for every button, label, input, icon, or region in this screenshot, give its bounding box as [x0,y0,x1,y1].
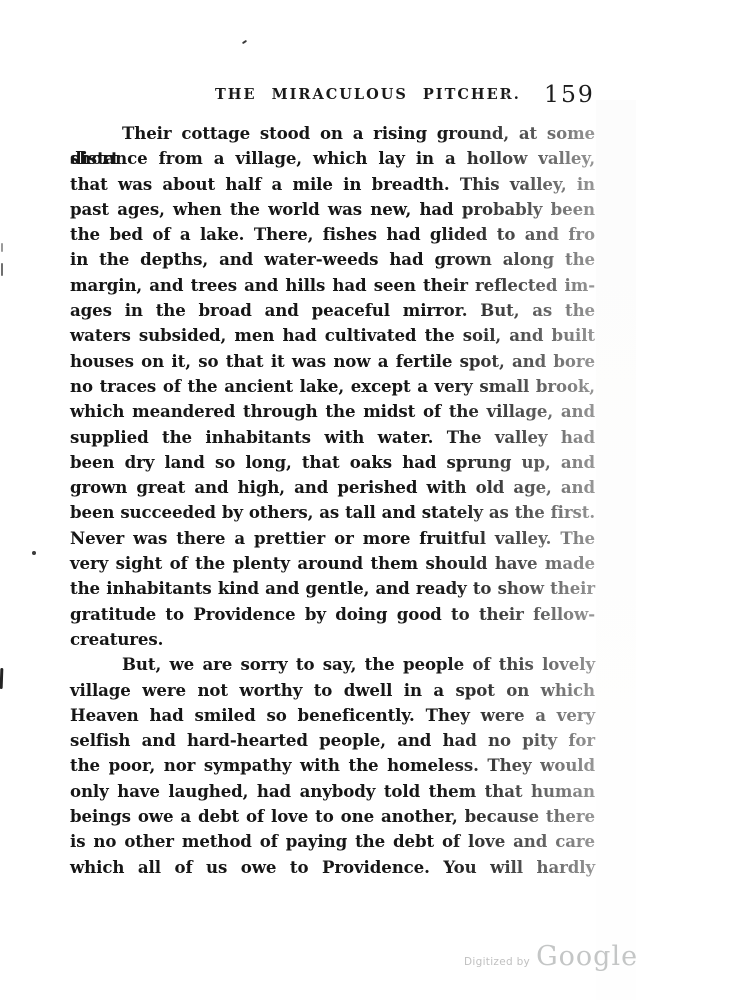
text-line: But, we are sorry to say, the people of … [70,652,595,677]
text-line: waters subsided, men had cultivated the … [70,323,595,348]
running-head-title: THE MIRACULOUS PITCHER. [215,86,521,103]
text-line: grown great and high, and perished with … [70,475,595,500]
text-line: gratitude to Providence by doing good to… [70,602,595,627]
paragraph-1: Their cottage stood on a rising ground, … [70,121,595,652]
text-line: which meandered through the midst of the… [70,399,595,424]
text-line: village were not worthy to dwell in a sp… [70,678,595,703]
text-line: creatures. [70,627,595,652]
text-line: only have laughed, had anybody told them… [70,779,595,804]
text-line: selfish and hard-hearted people, and had… [70,728,595,753]
text-line: which all of us owe to Providence. You w… [70,855,595,880]
text-line: distance from a village, which lay in a … [70,146,595,171]
text-line: very sight of the plenty around them sho… [70,551,595,576]
text-line: the inhabitants kind and gentle, and rea… [70,576,595,601]
text-line: Never was there a prettier or more fruit… [70,526,595,551]
scan-artifact-edge-stroke [0,668,3,689]
text-line: Heaven had smiled so beneficently. They … [70,703,595,728]
scanned-book-page: THE MIRACULOUS PITCHER. 159 Their cottag… [0,0,731,1000]
watermark-prefix: Digitized by [464,956,530,968]
text-line: is no other method of paying the debt of… [70,829,595,854]
page-number: 159 [544,80,595,108]
digitization-watermark: Digitized by Google [464,941,638,972]
text-line: the bed of a lake. There, fishes had gli… [70,222,595,247]
text-line: beings owe a debt of love to one another… [70,804,595,829]
text-line: Their cottage stood on a rising ground, … [70,121,595,146]
scan-artifact-edge-dash-2 [1,263,3,276]
text-line: past ages, when the world was new, had p… [70,197,595,222]
text-line: in the depths, and water-weeds had grown… [70,247,595,272]
body-text: Their cottage stood on a rising ground, … [70,121,595,880]
text-line: houses on it, so that it was now a ferti… [70,349,595,374]
text-line: been dry land so long, that oaks had spr… [70,450,595,475]
scan-artifact-edge-dash-1 [1,243,3,252]
text-line: ages in the broad and peaceful mirror. B… [70,298,595,323]
text-line: been succeeded by others, as tall and st… [70,500,595,525]
header-dot-artifact [506,93,509,96]
text-line: no traces of the ancient lake, except a … [70,374,595,399]
text-line: supplied the inhabitants with water. The… [70,425,595,450]
scan-mottle [596,100,636,1000]
scan-artifact-dot [32,551,36,555]
scan-artifact-speck [242,40,247,45]
text-line: the poor, nor sympathy with the homeless… [70,753,595,778]
text-line: margin, and trees and hills had seen the… [70,273,595,298]
google-logo: Google [536,941,638,972]
text-line: that was about half a mile in breadth. T… [70,172,595,197]
paragraph-2: But, we are sorry to say, the people of … [70,652,595,880]
